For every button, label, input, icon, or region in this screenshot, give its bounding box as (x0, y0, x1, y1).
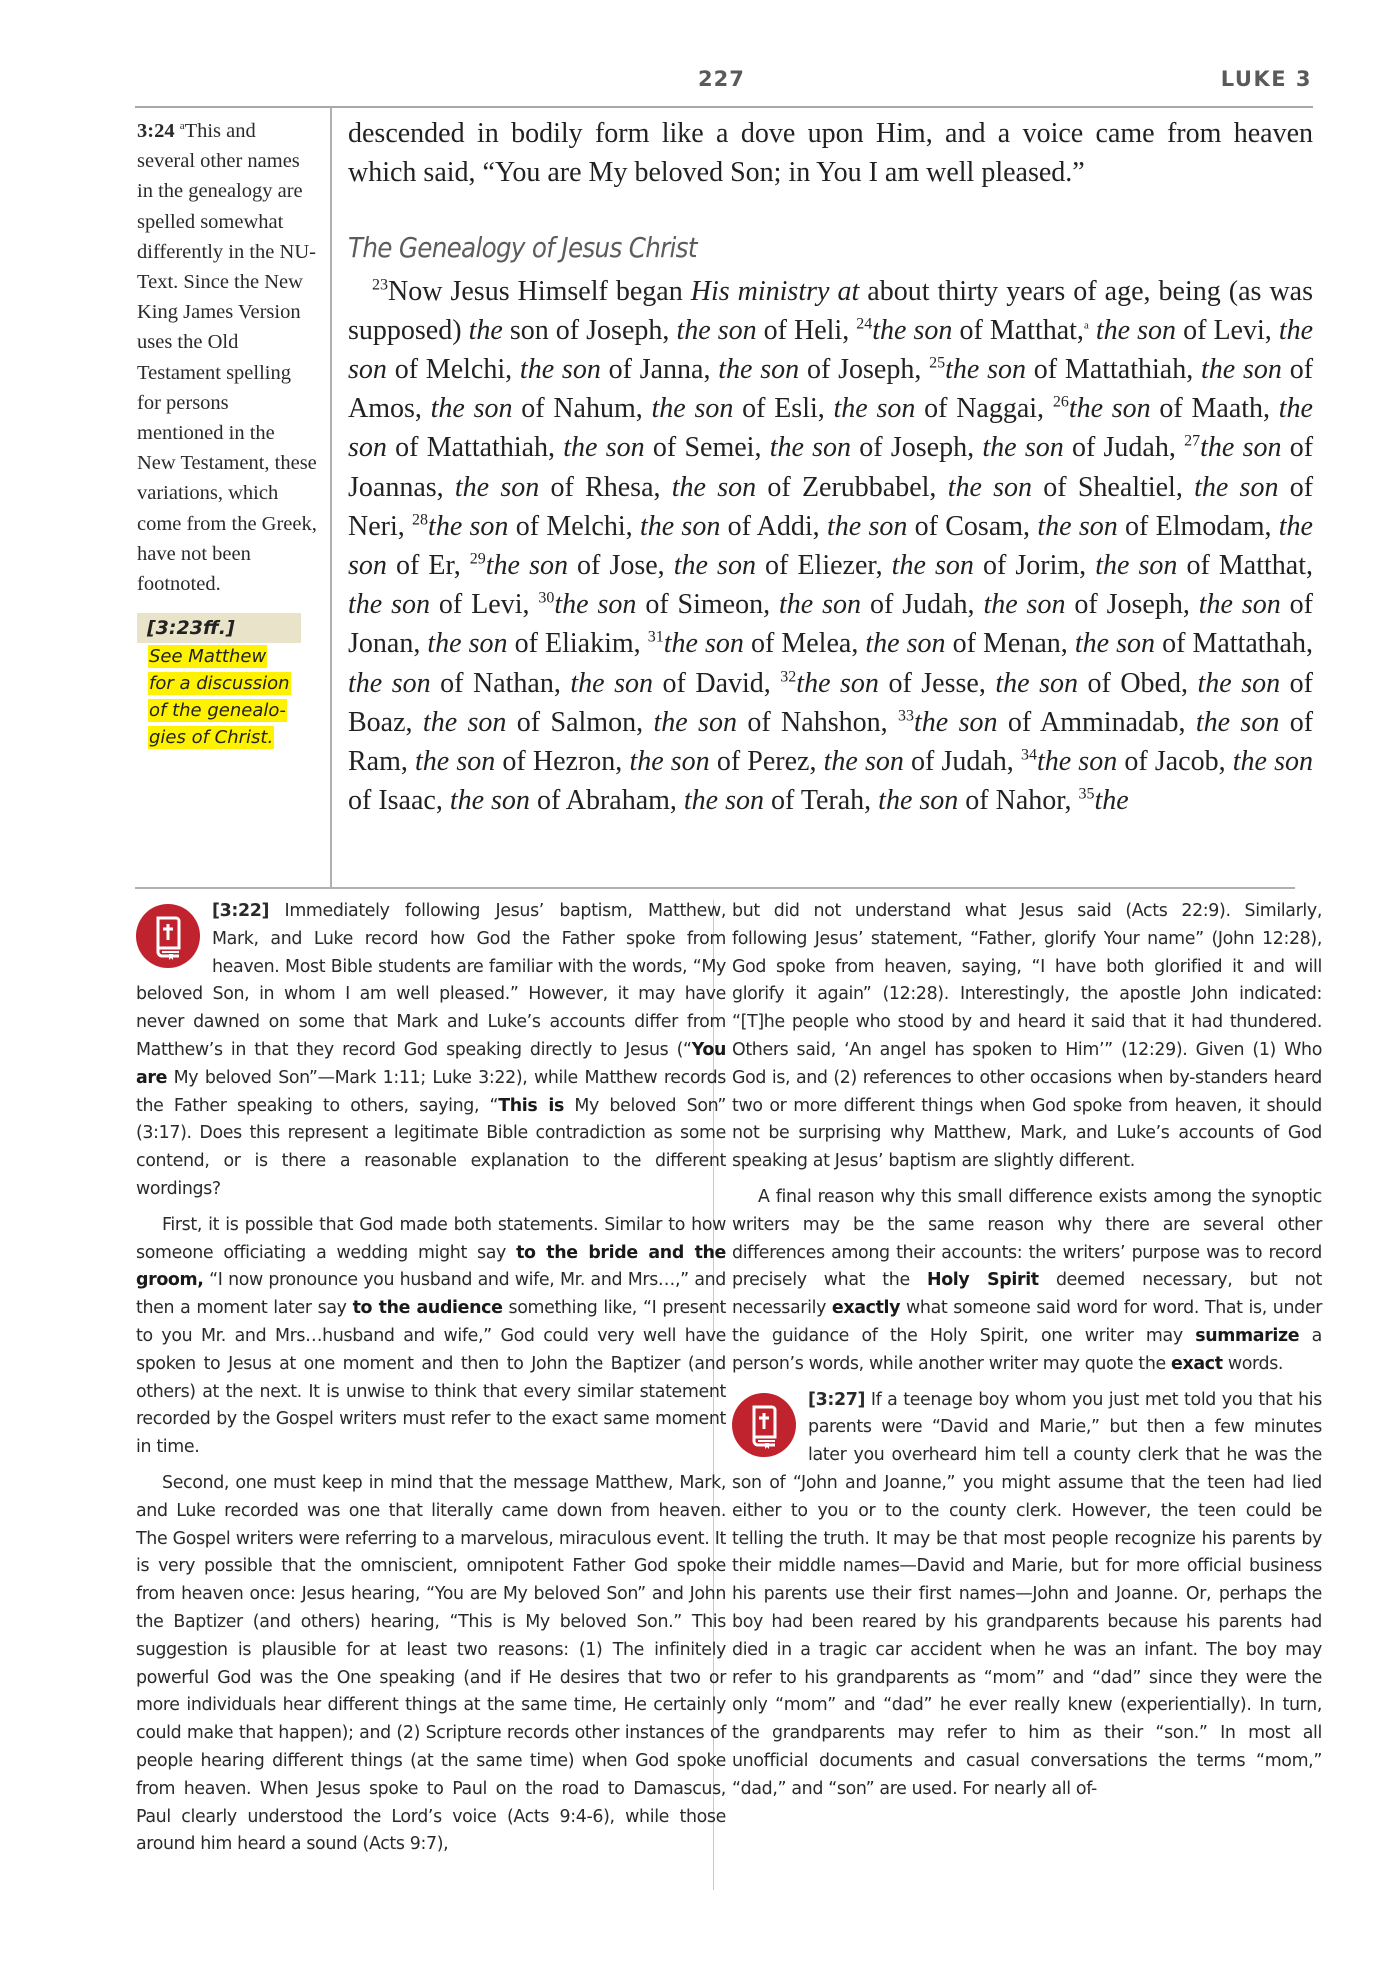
verse-text: of Levi, (1176, 315, 1279, 346)
verse-text: of Judah, (904, 746, 1021, 777)
verse-number: 27 (1184, 433, 1200, 450)
verse-text: the son (427, 628, 507, 659)
commentary-paragraph: A final reason why this small difference… (732, 1184, 1322, 1379)
verse-paragraph: 23Now Jesus Himself began His ministry a… (348, 272, 1313, 821)
verse-text: the son (1096, 315, 1176, 346)
verse-text: the son (872, 315, 952, 346)
verse-text: of Menan, (946, 628, 1075, 659)
verse-number: 35 (1078, 786, 1094, 803)
verse-text: of Isaac, (348, 785, 450, 816)
verse-text: the son (1198, 668, 1281, 699)
verse-text: of Melchi, (508, 511, 640, 542)
verse-number: 23 (372, 276, 388, 293)
verse-text: the son (486, 550, 568, 581)
verse-text: of Levi, (430, 589, 538, 620)
verse-text: the son (770, 432, 851, 463)
verse-text: of Shealtiel, (1032, 472, 1194, 503)
verse-text: the son (796, 668, 879, 699)
commentary-note: [3:27] If a teenage boy whom you just me… (732, 1387, 1322, 1804)
commentary-text: Second, one must keep in mind that the m… (136, 1473, 726, 1854)
verse-text: of Judah, (861, 589, 983, 620)
verse-text: of Abraham, (530, 785, 684, 816)
verse-text: the son (1196, 707, 1280, 738)
commentary-paragraph: but did not understand what Jesus said (… (732, 898, 1322, 1176)
bible-book-cross-icon (136, 904, 200, 968)
verse-text: the son (640, 511, 720, 542)
commentary-note: [3:22] Immediately following Jesus’ bapt… (136, 898, 726, 1204)
verse-text: of Salmon, (506, 707, 653, 738)
verse-text: of Melea, (744, 628, 865, 659)
commentary-text: If a teenage boy whom you just met told … (732, 1390, 1322, 1799)
verse-text: Now Jesus Himself began (388, 276, 691, 307)
note-reference: [3:22] (212, 901, 269, 921)
verse-text: the son (824, 746, 904, 777)
verse-text: of Melchi, (387, 354, 520, 385)
verse-text: the son (1233, 746, 1313, 777)
cross-reference: [3:23ff.] See Matthew for a discussion o… (137, 613, 301, 751)
cross-reference-text: See Matthew for a discussion of the gene… (137, 643, 301, 751)
verse-text: the son (983, 589, 1065, 620)
verse-text: of Joseph, (1065, 589, 1198, 620)
verse-number: 24 (856, 315, 872, 332)
verse-text: the son (948, 472, 1032, 503)
verse-text: the son (570, 668, 653, 699)
verse-text: the son (431, 393, 513, 424)
verse-text: of Eliakim, (508, 628, 648, 659)
verse-text: of Eliezer, (756, 550, 892, 581)
verse-text: of Jose, (568, 550, 674, 581)
bible-book-cross-icon (732, 1393, 796, 1457)
verse-text: the son (1199, 589, 1281, 620)
verse-text: of Jesse, (879, 668, 995, 699)
cross-reference-label: [3:23ff.] (137, 613, 301, 643)
verse-text: of Mattathiah, (387, 432, 563, 463)
commentary-text: Immediately following Jesus’ baptism, Ma… (136, 901, 726, 1060)
verse-text: of Hezron, (495, 746, 629, 777)
verse-text: of Matthat, (952, 315, 1084, 346)
cross-reference-line: of the genealo- (149, 700, 286, 721)
verse-text: the son (563, 432, 644, 463)
verse-text: of Addi, (720, 511, 827, 542)
verse-text: the son (629, 746, 709, 777)
verse-text: of Janna, (601, 354, 718, 385)
verse-number: 29 (470, 551, 486, 568)
verse-text: the son (664, 628, 744, 659)
verse-text: of Mattathah, (1155, 628, 1313, 659)
verse-text: the son (1069, 393, 1151, 424)
verse-text: of Semei, (645, 432, 770, 463)
section-rule (135, 887, 1295, 889)
verse-number: 33 (898, 708, 914, 725)
book-chapter-label: LUKE 3 (1221, 67, 1312, 91)
verse-text: of Joseph, (799, 354, 929, 385)
cross-reference-line: for a discussion (149, 673, 290, 694)
verse-text: of Cosam, (907, 511, 1037, 542)
commentary-paragraph: First, it is possible that God made both… (136, 1212, 726, 1462)
verse-text: of Heli, (757, 315, 857, 346)
verse-text: the son (995, 668, 1078, 699)
verse-text: the son (520, 354, 601, 385)
commentary-right-column: but did not understand what Jesus said (… (732, 898, 1322, 1812)
verse-text: the son (428, 511, 508, 542)
verse-text: of Perez, (710, 746, 824, 777)
verse-text: the son (415, 746, 495, 777)
verse-number: 34 (1021, 747, 1037, 764)
verse-text: of Matthat, (1177, 550, 1313, 581)
verse-text: the son (348, 668, 431, 699)
verse-number: 26 (1053, 394, 1069, 411)
verse-text: the son (834, 393, 916, 424)
emphasis-text: summarize (1195, 1326, 1299, 1346)
margin-notes: 3:24 aThis and several other names in th… (137, 116, 317, 751)
verse-text: the son (1095, 550, 1177, 581)
emphasis-text: This is (498, 1096, 564, 1116)
running-head: 227 LUKE 3 (0, 62, 1400, 92)
verse-text: of Nahum, (513, 393, 652, 424)
verse-number: 25 (929, 355, 945, 372)
verse-text: the son (892, 550, 974, 581)
verse-text: the son (1200, 432, 1281, 463)
verse-text: of Maath, (1151, 393, 1279, 424)
margin-column-divider (330, 108, 332, 888)
footnote-ref: 3:24 (137, 120, 175, 142)
verse-text: of Joseph, (851, 432, 982, 463)
verse-text: the son (672, 472, 756, 503)
footnote-text: This and several other names in the gene… (137, 120, 317, 595)
verse-text: the son (674, 550, 756, 581)
verse-text: of Nahshon, (737, 707, 898, 738)
verse-text: of Naggai, (915, 393, 1052, 424)
verse-text: the son (423, 707, 507, 738)
emphasis-text: Holy Spirit (927, 1270, 1039, 1290)
verse-text: of Jorim, (974, 550, 1095, 581)
verse-number: 28 (412, 512, 428, 529)
page-number: 227 (698, 67, 745, 91)
scripture-text: descended in bodily form like a dove upo… (348, 114, 1313, 820)
commentary-paragraph: Second, one must keep in mind that the m… (136, 1470, 726, 1859)
verse-text: the (1094, 785, 1128, 816)
verse-text: of Judah, (1064, 432, 1184, 463)
verse-text: of Zerubbabel, (756, 472, 948, 503)
verse-text: of Rhesa, (539, 472, 672, 503)
verse-text: the son (878, 785, 958, 816)
note-reference: [3:27] (808, 1390, 865, 1410)
verse-text: of Jacob, (1117, 746, 1233, 777)
verse-text: the son (718, 354, 799, 385)
commentary-text: but did not understand what Jesus said (… (732, 901, 1322, 1171)
verse-number: 32 (780, 668, 796, 685)
verse-text: the (469, 315, 503, 346)
verse-text (1089, 315, 1096, 346)
verse-text: the son (450, 785, 530, 816)
header-rule (135, 106, 1313, 108)
verse-number: 31 (648, 629, 664, 646)
verse-text: the son (1201, 354, 1282, 385)
verse-text: the son (348, 589, 430, 620)
verse-text: of Terah, (764, 785, 878, 816)
verse-text: the son (1194, 472, 1278, 503)
verse-text: of Elmodam, (1118, 511, 1279, 542)
verse-text: the son (1075, 628, 1155, 659)
verse-text: the son (914, 707, 998, 738)
verse-text: of Nathan, (431, 668, 571, 699)
verse-text: of David, (653, 668, 780, 699)
verse-text: the son (652, 393, 734, 424)
verse-text: His ministry at (691, 276, 860, 307)
verse-text: the son (827, 511, 907, 542)
commentary-text: words. (1223, 1354, 1283, 1374)
verse-text: the son (455, 472, 539, 503)
section-heading: The Genealogy of Jesus Christ (348, 228, 1197, 267)
verse-text: the son (779, 589, 861, 620)
verse-text: the son (865, 628, 945, 659)
verse-text: of Amminadab, (997, 707, 1195, 738)
verse-text: of Er, (387, 550, 470, 581)
verse-text: son of Joseph, (503, 315, 677, 346)
verse-text: of Obed, (1078, 668, 1198, 699)
emphasis-text: exact (1171, 1354, 1223, 1374)
verse-text: the son (676, 315, 756, 346)
verse-text: the son (945, 354, 1026, 385)
cross-reference-line: See Matthew (149, 646, 266, 667)
verse-text: the son (982, 432, 1063, 463)
emphasis-text: exactly (832, 1298, 900, 1318)
commentary-text: something like, “I present to you Mr. an… (136, 1298, 726, 1457)
verse-text: the son (684, 785, 764, 816)
cross-reference-line: gies of Christ. (149, 727, 273, 748)
verse-text: the son (1037, 511, 1117, 542)
commentary-left-column: [3:22] Immediately following Jesus’ bapt… (136, 898, 726, 1867)
verse-text: the son (554, 589, 636, 620)
scripture-opening: descended in bodily form like a dove upo… (348, 114, 1313, 192)
verse-text: of Simeon, (636, 589, 779, 620)
verse-number: 30 (538, 590, 554, 607)
verse-text: the son (1037, 746, 1117, 777)
footnote: 3:24 aThis and several other names in th… (137, 116, 317, 599)
verse-text: the son (653, 707, 737, 738)
verse-text: of Mattathiah, (1026, 354, 1201, 385)
verse-text: of Nahor, (958, 785, 1078, 816)
emphasis-text: to the audience (353, 1298, 503, 1318)
verse-text: of Esli, (733, 393, 833, 424)
